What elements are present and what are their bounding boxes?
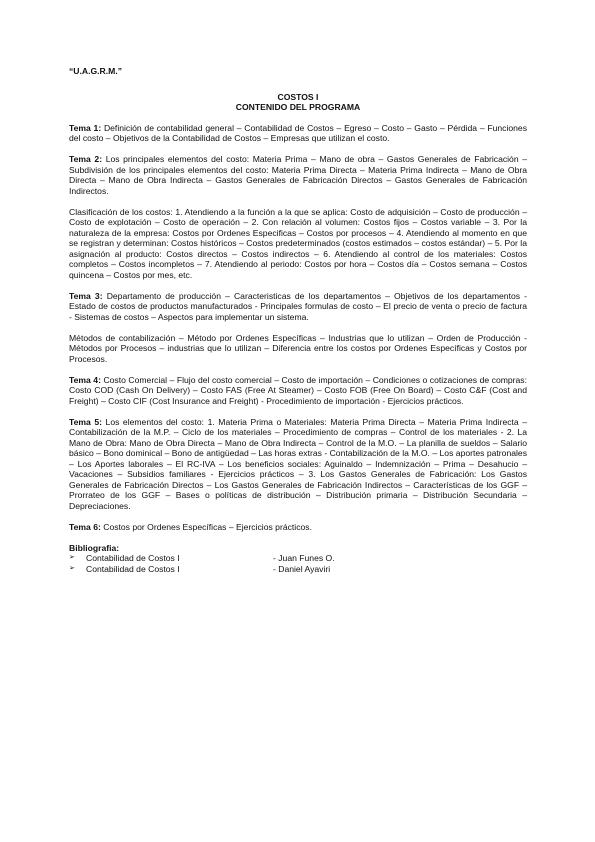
- sections: Tema 1: Definición de contabilidad gener…: [69, 123, 527, 533]
- section-label: Tema 5:: [69, 417, 102, 427]
- institution-header: “U.A.G.R.M.”: [69, 66, 527, 77]
- bibliography-heading: Bibliografia:: [69, 543, 527, 554]
- section-label: Tema 4:: [69, 375, 101, 385]
- book-author: - Juan Funes O.: [273, 553, 335, 564]
- arrow-bullet-icon: ➢: [69, 564, 86, 575]
- section-clasificacion: Clasificación de los costos: 1. Atendien…: [69, 207, 527, 281]
- section-tema-2: Tema 2: Los principales elementos del co…: [69, 154, 527, 196]
- section-tema-5: Tema 5: Los elementos del costo: 1. Mate…: [69, 417, 527, 512]
- section-tema-1: Tema 1: Definición de contabilidad gener…: [69, 123, 527, 144]
- course-title: COSTOS I: [69, 92, 527, 103]
- program-title: CONTENIDO DEL PROGRAMA: [69, 102, 527, 113]
- section-text: Departamento de producción – Caracterist…: [69, 291, 527, 322]
- bibliography-list: ➢ Contabilidad de Costos I - Juan Funes …: [69, 553, 527, 574]
- section-text: Costos por Ordenes Específicas – Ejercic…: [101, 522, 312, 532]
- section-tema-3: Tema 3: Departamento de producción – Car…: [69, 291, 527, 323]
- document-page: “U.A.G.R.M.” COSTOS I CONTENIDO DEL PROG…: [69, 66, 527, 574]
- arrow-bullet-icon: ➢: [69, 553, 86, 564]
- title-block: COSTOS I CONTENIDO DEL PROGRAMA: [69, 92, 527, 113]
- section-label: Tema 6:: [69, 522, 101, 532]
- section-label: Tema 1:: [69, 123, 101, 133]
- section-label: Tema 2:: [69, 154, 102, 164]
- section-text: Definición de contabilidad general – Con…: [69, 123, 527, 144]
- section-text: Los elementos del costo: 1. Materia Prim…: [69, 417, 527, 511]
- section-metodos: Métodos de contabilización – Método por …: [69, 333, 527, 365]
- section-tema-4: Tema 4: Costo Comercial – Flujo del cost…: [69, 375, 527, 407]
- book-title: Contabilidad de Costos I: [86, 564, 273, 575]
- bibliography-item: ➢ Contabilidad de Costos I - Daniel Ayav…: [69, 564, 527, 575]
- section-text: Métodos de contabilización – Método por …: [69, 333, 527, 364]
- bibliography-item: ➢ Contabilidad de Costos I - Juan Funes …: [69, 553, 527, 564]
- book-title: Contabilidad de Costos I: [86, 553, 273, 564]
- section-text: Clasificación de los costos: 1. Atendien…: [69, 207, 527, 280]
- book-author: - Daniel Ayaviri: [273, 564, 330, 575]
- section-tema-6: Tema 6: Costos por Ordenes Específicas –…: [69, 522, 527, 533]
- section-label: Tema 3:: [69, 291, 103, 301]
- section-text: Los principales elementos del costo: Mat…: [69, 154, 527, 196]
- section-text: Costo Comercial – Flujo del costo comerc…: [69, 375, 527, 406]
